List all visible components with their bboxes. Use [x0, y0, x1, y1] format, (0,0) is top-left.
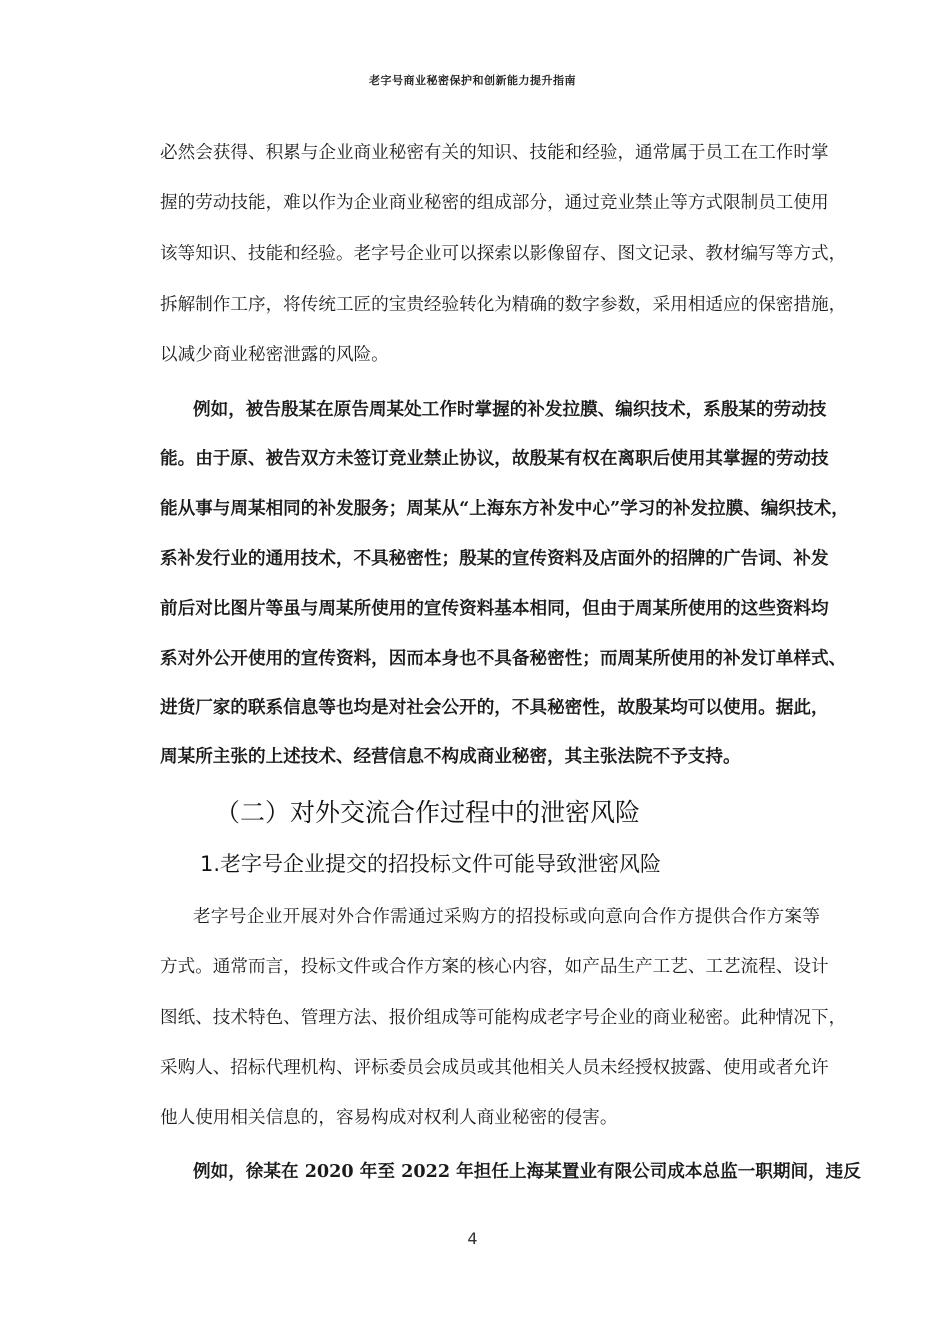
- case-example-line: 能从事与周某相同的补发服务；周某从“上海东方补发中心”学习的补发拉膜、编织技术，: [160, 497, 820, 521]
- case-example-line: 周某所主张的上述技术、经营信息不构成商业秘密，其主张法院不予支持。: [160, 745, 820, 769]
- paragraph-line: 拆解制作工序，将传统工匠的宝贵经验转化为精确的数字参数，采用相适应的保密措施，: [160, 293, 820, 317]
- paragraph-line: 老字号企业开展对外合作需通过采购方的招投标或向意向合作方提供合作方案等: [193, 905, 820, 929]
- case-example-line: 进货厂家的联系信息等也均是对社会公开的，不具秘密性，故殷某均可以使用。据此，: [160, 696, 820, 720]
- paragraph-line: 以减少商业秘密泄露的风险。: [160, 343, 820, 367]
- case-example-line: 前后对比图片等虽与周某所使用的宣传资料基本相同，但由于周某所使用的这些资料均: [160, 597, 820, 621]
- paragraph-line: 图纸、技术特色、管理方法、报价组成等可能构成老字号企业的商业秘密。此种情况下，: [160, 1006, 820, 1030]
- case-example-line: 能。由于原、被告双方未签订竞业禁止协议，故殷某有权在离职后使用其掌握的劳动技: [160, 447, 820, 471]
- case-example-line: 例如，被告殷某在原告周某处工作时掌握的补发拉膜、编织技术，系殷某的劳动技: [193, 398, 820, 422]
- page-number: 4: [0, 1229, 945, 1248]
- case-example-line: 例如，徐某在 2020 年至 2022 年担任上海某置业有限公司成本总监一职期间…: [193, 1160, 820, 1184]
- paragraph-line: 该等知识、技能和经验。老字号企业可以探索以影像留存、图文记录、教材编写等方式，: [160, 242, 820, 266]
- paragraph-line: 方式。通常而言，投标文件或合作方案的核心内容，如产品生产工艺、工艺流程、设计: [160, 955, 820, 979]
- case-example-line: 系对外公开使用的宣传资料，因而本身也不具备秘密性；而周某所使用的补发订单样式、: [160, 647, 820, 671]
- case-example-line: 系补发行业的通用技术，不具秘密性；殷某的宣传资料及店面外的招牌的广告词、补发: [160, 547, 820, 571]
- running-header: 老字号商业秘密保护和创新能力提升指南: [0, 72, 945, 88]
- subsection-heading: 1.老字号企业提交的招投标文件可能导致泄密风险: [200, 848, 661, 878]
- paragraph-line: 必然会获得、积累与企业商业秘密有关的知识、技能和经验，通常属于员工在工作时掌: [160, 141, 820, 165]
- paragraph-line: 他人使用相关信息的，容易构成对权利人商业秘密的侵害。: [160, 1106, 820, 1130]
- section-heading: （二）对外交流合作过程中的泄密风险: [215, 793, 640, 829]
- paragraph-line: 采购人、招标代理机构、评标委员会成员或其他相关人员未经授权披露、使用或者允许: [160, 1056, 820, 1080]
- paragraph-line: 握的劳动技能，难以作为企业商业秘密的组成部分，通过竞业禁止等方式限制员工使用: [160, 191, 820, 215]
